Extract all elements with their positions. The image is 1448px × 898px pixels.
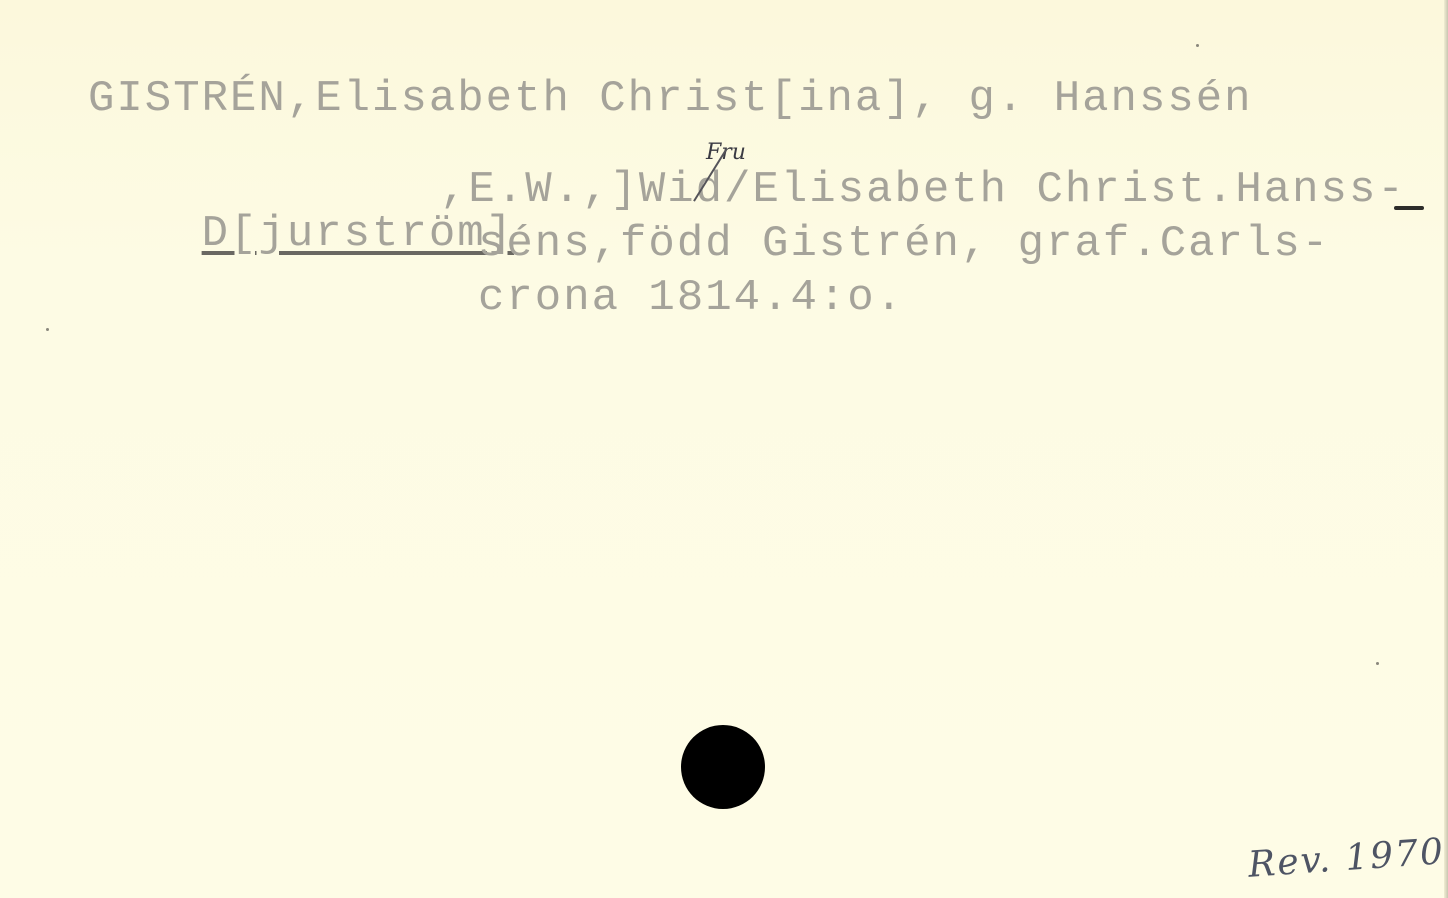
entry-line-1: ,E.W.,]Wid/Elisabeth Christ.Hanss-: [440, 168, 1406, 212]
catalog-card: GISTRÉN,Elisabeth Christ[ina], g. Hanssé…: [0, 0, 1448, 898]
revision-note: Rev. 1970: [1247, 831, 1446, 886]
card-title-line: GISTRÉN,Elisabeth Christ[ina], g. Hanssé…: [88, 77, 1253, 121]
paper-speck: [1196, 44, 1199, 47]
entry-line-3: crona 1814.4:o.: [478, 276, 904, 320]
punch-hole: [681, 725, 765, 809]
hyphen-mark: [1394, 206, 1424, 210]
paper-speck: [46, 328, 49, 331]
entry-line-2: séns,född Gistrén, graf.Carls-: [478, 222, 1330, 266]
handwritten-insertion: Fru: [706, 140, 746, 165]
card-edge: [1444, 0, 1448, 898]
paper-speck: [1376, 662, 1379, 665]
source-reference-text: D[jurström]: [202, 209, 514, 259]
